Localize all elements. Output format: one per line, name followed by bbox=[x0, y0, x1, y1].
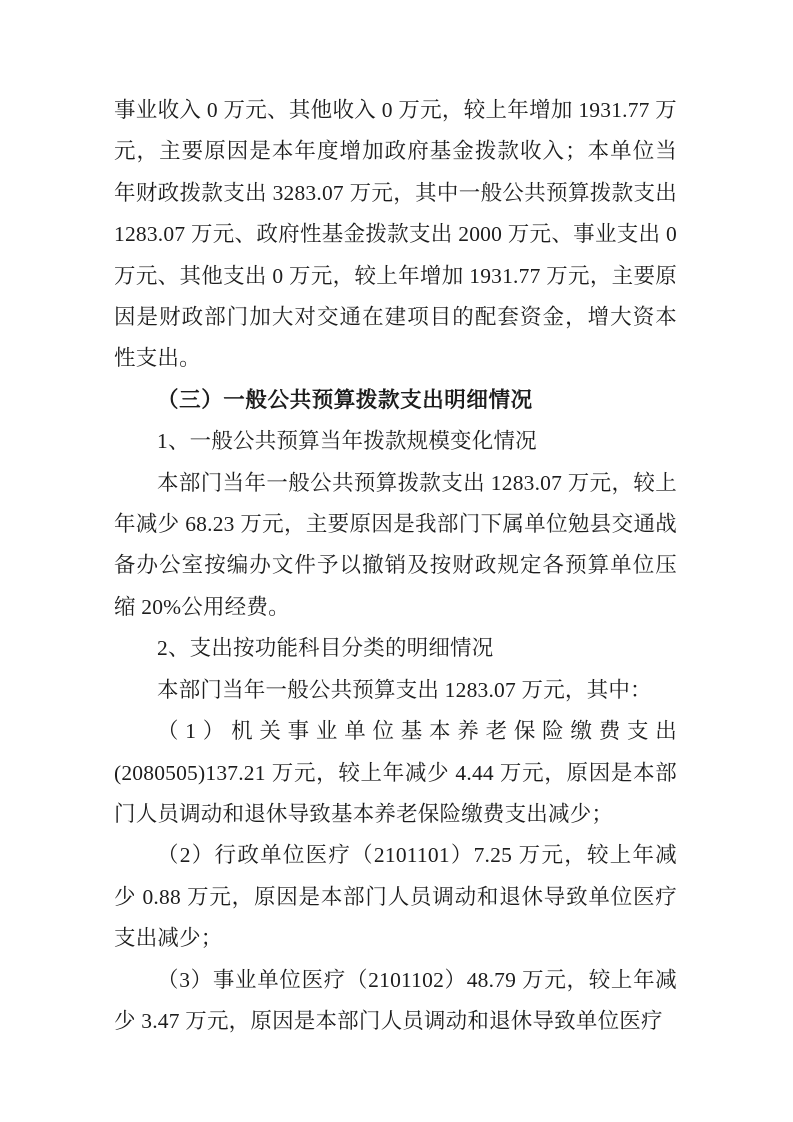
document-page: 事业收入 0 万元、其他收入 0 万元，较上年增加 1931.77 万元，主要原… bbox=[0, 0, 793, 1122]
document-body: 事业收入 0 万元、其他收入 0 万元，较上年增加 1931.77 万元，主要原… bbox=[114, 90, 677, 1042]
paragraph-item-3-institution-medical: （3）事业单位医疗（2101102）48.79 万元，较上年减少 3.47 万元… bbox=[114, 960, 677, 1043]
paragraph-income-expenditure-continuation: 事业收入 0 万元、其他收入 0 万元，较上年增加 1931.77 万元，主要原… bbox=[114, 90, 677, 380]
subheading-function-classification: 2、支出按功能科目分类的明细情况 bbox=[114, 628, 677, 669]
paragraph-scale-change: 本部门当年一般公共预算拨款支出 1283.07 万元，较上年减少 68.23 万… bbox=[114, 463, 677, 629]
paragraph-item-2-admin-medical: （2）行政单位医疗（2101101）7.25 万元，较上年减少 0.88 万元，… bbox=[114, 835, 677, 959]
section-heading: （三）一般公共预算拨款支出明细情况 bbox=[114, 380, 677, 421]
paragraph-item-1-pension: （1）机关事业单位基本养老保险缴费支出(2080505)137.21 万元，较上… bbox=[114, 711, 677, 835]
paragraph-total-expenditure: 本部门当年一般公共预算支出 1283.07 万元，其中： bbox=[114, 670, 677, 711]
subheading-scale-change: 1、一般公共预算当年拨款规模变化情况 bbox=[114, 421, 677, 462]
